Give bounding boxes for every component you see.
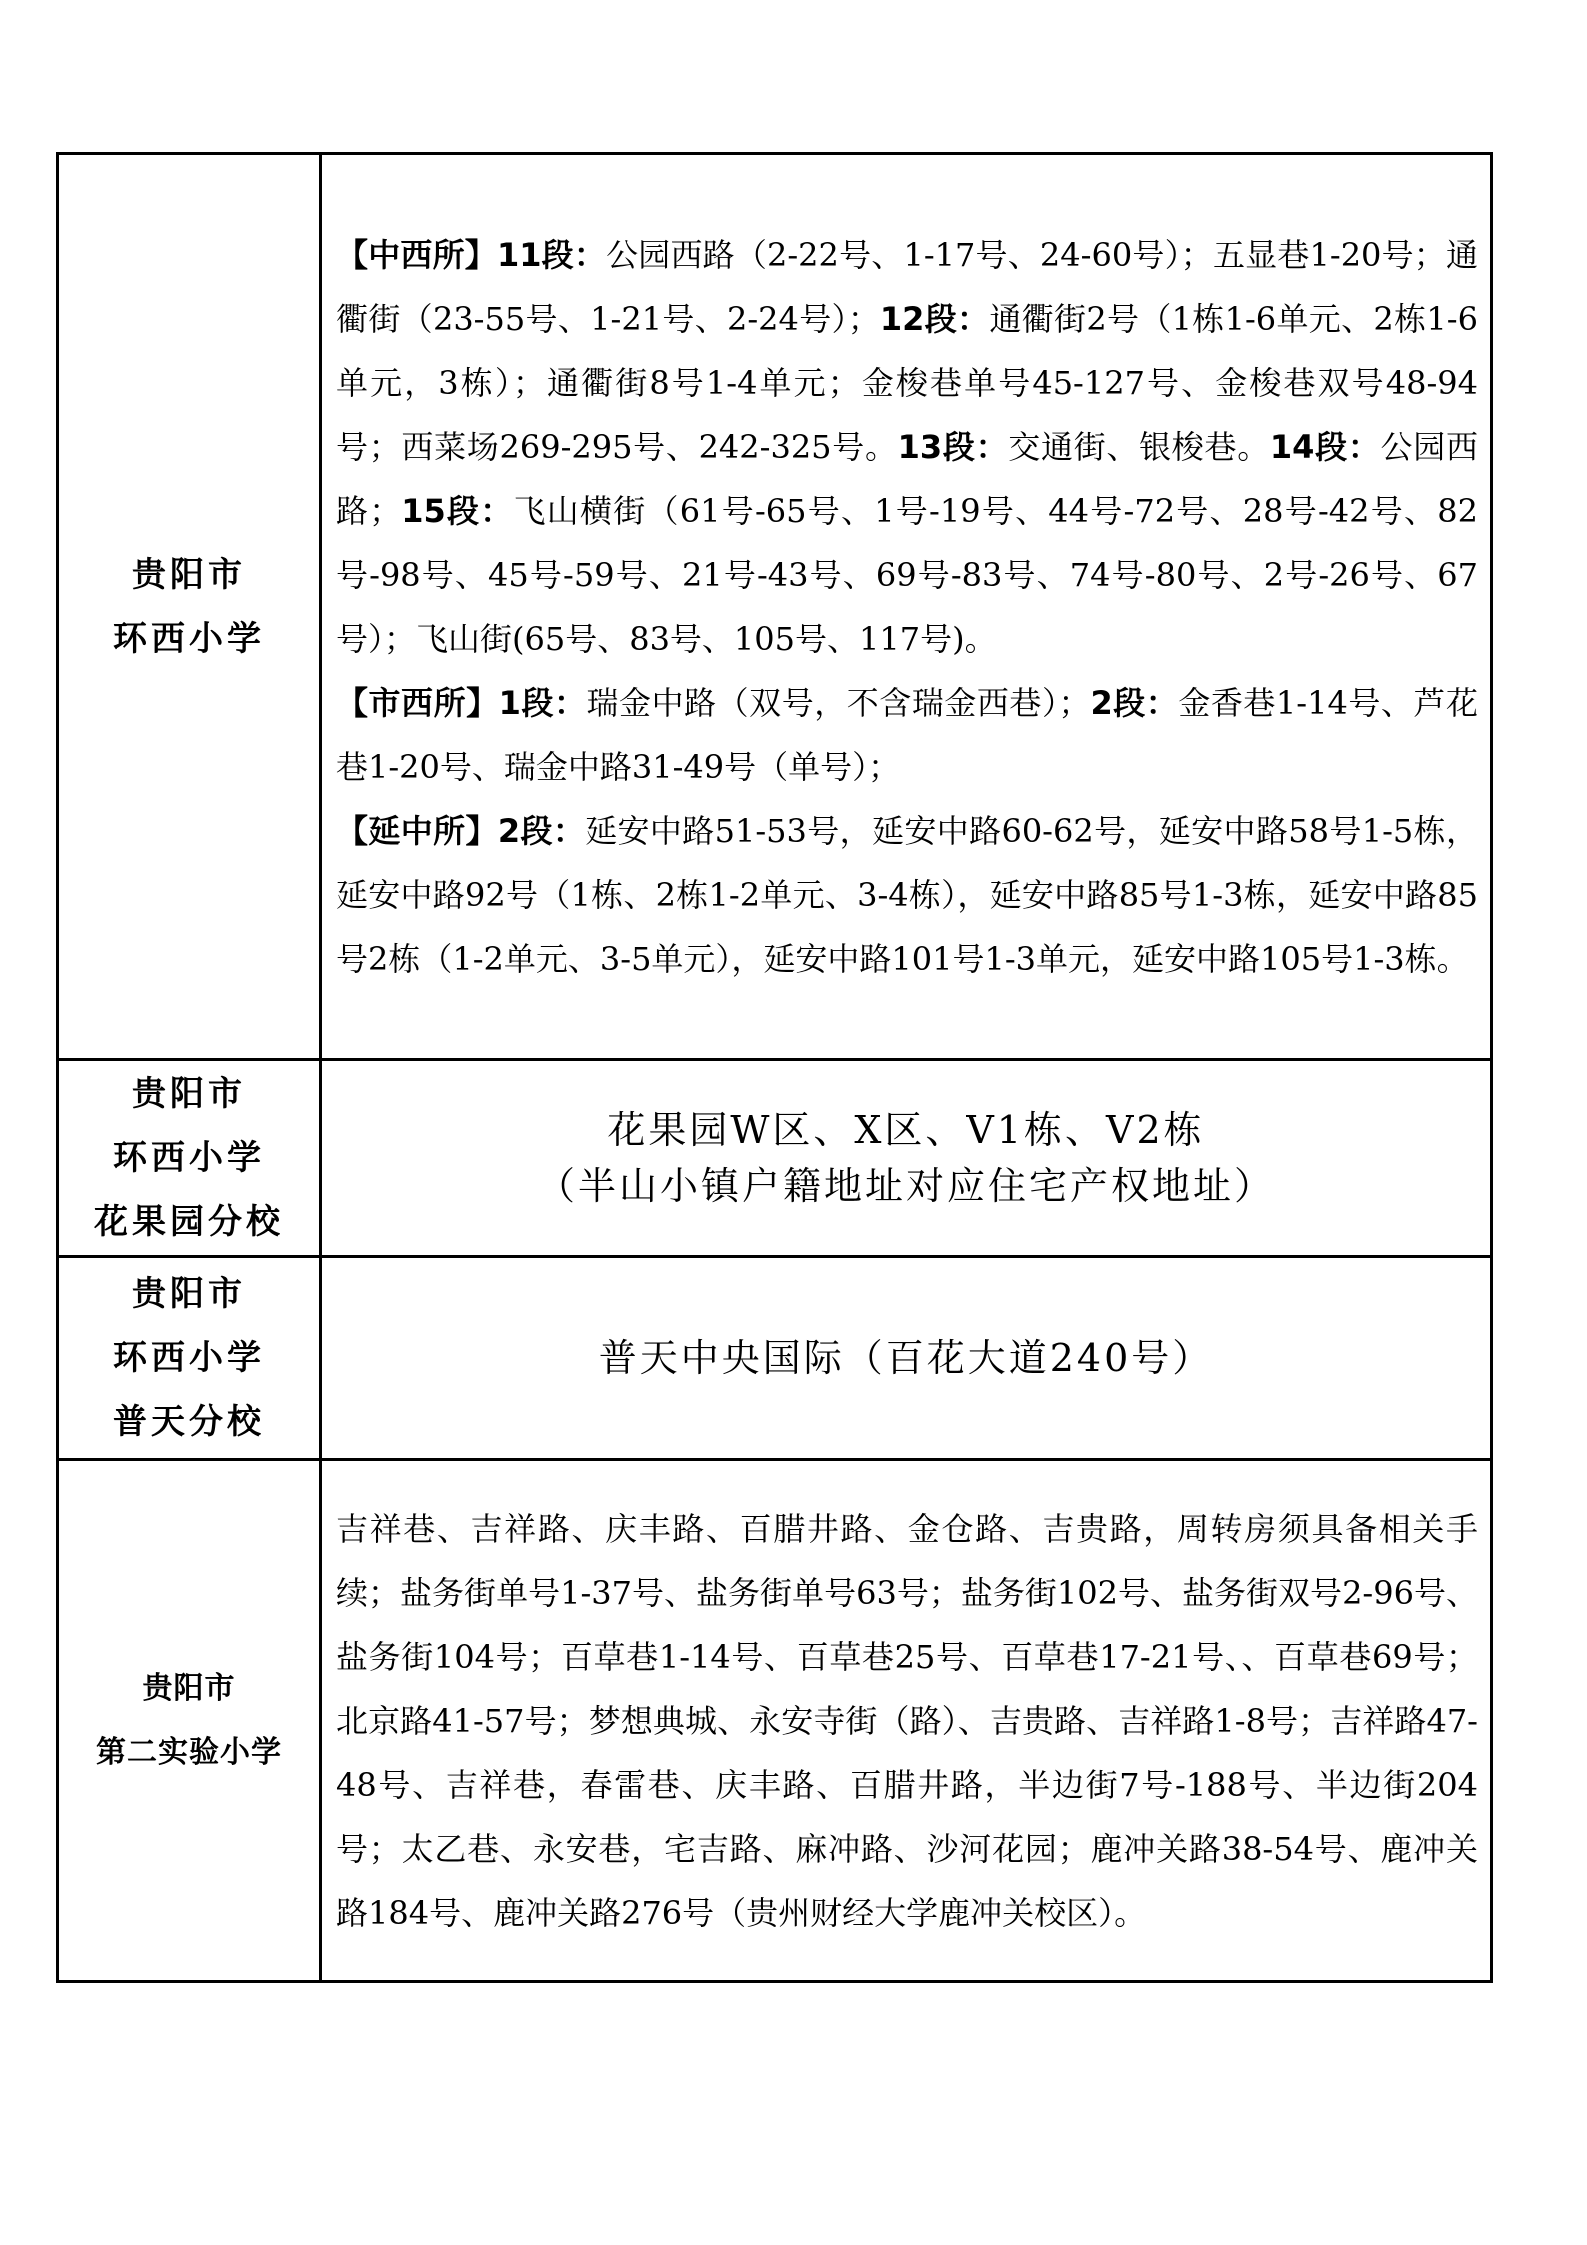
segment-text: 瑞金中路（双号，不含瑞金西巷）；	[587, 684, 1091, 722]
table-row-putian: 贵阳市 环西小学 普天分校 普天中央国际（百花大道240号）	[58, 1257, 1492, 1460]
segment-text: 吉祥巷、吉祥路、庆丰路、百腊井路、金仓路、吉贵路，周转房须具备相关手续；盐务街单…	[336, 1510, 1478, 1932]
school-name-line: 贵阳市	[59, 1262, 319, 1326]
area-line: 花果园W区、X区、V1栋、V2栋	[322, 1102, 1490, 1158]
area-paragraph-zhongxi: 【中西所】11段：公园西路（2-22号、1-17号、24-60号）；五显巷1-2…	[336, 223, 1478, 671]
school-name-line: 贵阳市	[59, 1062, 319, 1126]
area-line: 普天中央国际（百花大道240号）	[322, 1330, 1490, 1386]
segment-label: 12段：	[880, 300, 990, 338]
table-row-huanxi: 贵阳市 环西小学 【中西所】11段：公园西路（2-22号、1-17号、24-60…	[58, 154, 1492, 1060]
school-name-line: 普天分校	[59, 1390, 319, 1454]
table-row-huaguoyuan: 贵阳市 环西小学 花果园分校 花果园W区、X区、V1栋、V2栋 （半山小镇户籍地…	[58, 1060, 1492, 1257]
enrollment-area-cell: 花果园W区、X区、V1栋、V2栋 （半山小镇户籍地址对应住宅产权地址）	[321, 1060, 1492, 1257]
segment-label: 15段：	[401, 492, 513, 530]
segment-label: 【延中所】2段：	[336, 812, 585, 850]
enrollment-area-cell: 吉祥巷、吉祥路、庆丰路、百腊井路、金仓路、吉贵路，周转房须具备相关手续；盐务街单…	[321, 1460, 1492, 1982]
table-row-dier-shiyan: 贵阳市 第二实验小学 吉祥巷、吉祥路、庆丰路、百腊井路、金仓路、吉贵路，周转房须…	[58, 1460, 1492, 1982]
segment-label: 2段：	[1090, 684, 1178, 722]
segment-text: 交通街、银梭巷。	[1008, 428, 1270, 466]
school-name-line: 环西小学	[59, 1326, 319, 1390]
area-paragraph-yanzhong: 【延中所】2段：延安中路51-53号，延安中路60-62号，延安中路58号1-5…	[336, 799, 1478, 991]
school-name-cell: 贵阳市 环西小学 普天分校	[58, 1257, 321, 1460]
area-note: （半山小镇户籍地址对应住宅产权地址）	[322, 1158, 1490, 1214]
enrollment-area-cell: 普天中央国际（百花大道240号）	[321, 1257, 1492, 1460]
school-name-line: 环西小学	[59, 1126, 319, 1190]
school-name-line: 贵阳市	[59, 543, 319, 607]
school-name-cell: 贵阳市 环西小学	[58, 154, 321, 1060]
school-name-line: 贵阳市	[59, 1657, 319, 1721]
area-paragraph: 吉祥巷、吉祥路、庆丰路、百腊井路、金仓路、吉贵路，周转房须具备相关手续；盐务街单…	[336, 1497, 1478, 1945]
segment-label: 【中西所】11段：	[336, 236, 606, 274]
area-paragraph-shixi: 【市西所】1段：瑞金中路（双号，不含瑞金西巷）；2段：金香巷1-14号、芦花巷1…	[336, 671, 1478, 799]
school-district-table: 贵阳市 环西小学 【中西所】11段：公园西路（2-22号、1-17号、24-60…	[56, 152, 1493, 1983]
enrollment-area-cell: 【中西所】11段：公园西路（2-22号、1-17号、24-60号）；五显巷1-2…	[321, 154, 1492, 1060]
segment-label: 14段：	[1270, 428, 1381, 466]
segment-label: 【市西所】1段：	[336, 684, 587, 722]
school-name-cell: 贵阳市 环西小学 花果园分校	[58, 1060, 321, 1257]
school-name-cell: 贵阳市 第二实验小学	[58, 1460, 321, 1982]
school-name-line: 第二实验小学	[59, 1721, 319, 1785]
school-name-line: 环西小学	[59, 607, 319, 671]
school-name-line: 花果园分校	[59, 1190, 319, 1254]
segment-label: 13段：	[898, 428, 1009, 466]
